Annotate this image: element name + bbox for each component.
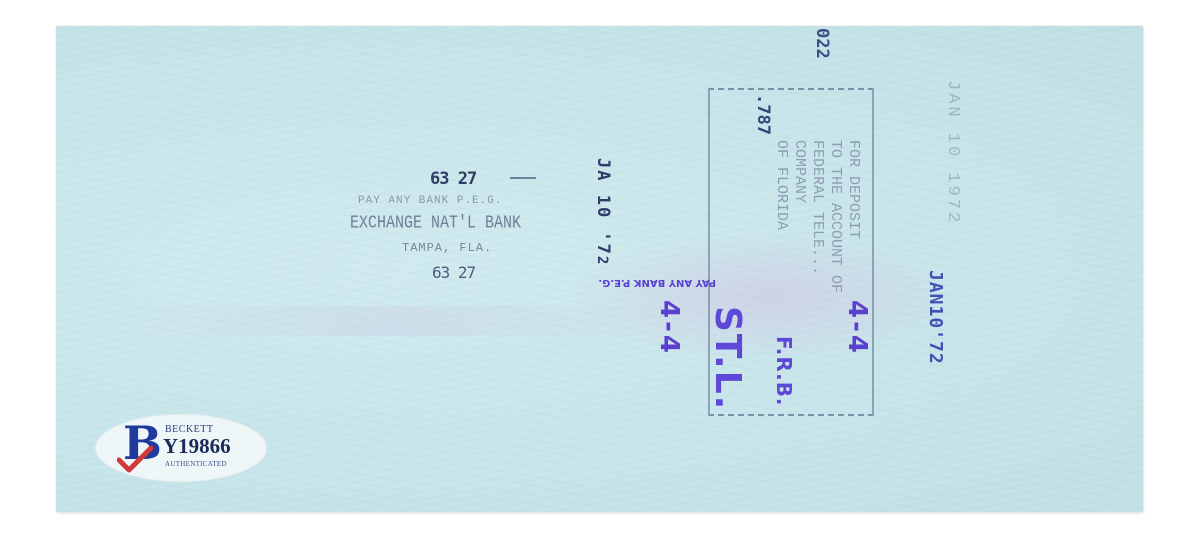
clearing-mark-right: 4-4: [842, 300, 872, 356]
date-stamp-left-suffix: 2: [594, 256, 610, 265]
fed-pay-line: PAY ANY BANK P.E.G.: [598, 277, 716, 288]
account-number: .787: [753, 94, 773, 135]
deposit-line: FOR DEPOSIT: [844, 140, 862, 293]
deposit-line: FEDERAL TELE...: [808, 140, 826, 293]
sticker-status: AUTHENTICATED: [165, 460, 227, 468]
endorsement-bank-name: EXCHANGE NAT'L BANK: [350, 213, 521, 233]
authentication-sticker: B BECKETT Y19866 AUTHENTICATED: [95, 414, 267, 482]
date-stamp-left: JA 10 '72: [593, 158, 613, 265]
stamp-dash: [510, 177, 536, 179]
checkmark-icon: [117, 444, 153, 474]
sticker-id: Y19866: [163, 434, 231, 459]
fed-city: ST.L.: [707, 306, 748, 411]
fed-bank: F.R.B.: [772, 336, 796, 407]
deposit-line: COMPANY: [790, 140, 808, 293]
ink-smear: [116, 306, 676, 336]
routing-number-bottom: 63 27: [432, 263, 475, 282]
beckett-logo-icon: B: [123, 422, 153, 466]
endorsement-line-1: PAY ANY BANK P.E.G.: [358, 195, 502, 207]
date-stamp-left-text: JA 10 '7: [593, 158, 613, 256]
deposit-line: OF FLORIDA: [772, 140, 790, 293]
routing-number-top: 63 27: [430, 169, 476, 189]
endorsement-city: TAMPA, FLA.: [402, 241, 492, 255]
faint-date-stamp: JAN 10 1972: [943, 80, 962, 225]
clearing-mark-left: 4-4: [654, 300, 684, 356]
deposit-box-text: FOR DEPOSIT TO THE ACCOUNT OF FEDERAL TE…: [772, 140, 862, 293]
date-stamp-right: JAN10'72: [925, 270, 946, 365]
deposit-line: TO THE ACCOUNT OF: [826, 140, 844, 293]
top-number: 022: [812, 28, 832, 59]
